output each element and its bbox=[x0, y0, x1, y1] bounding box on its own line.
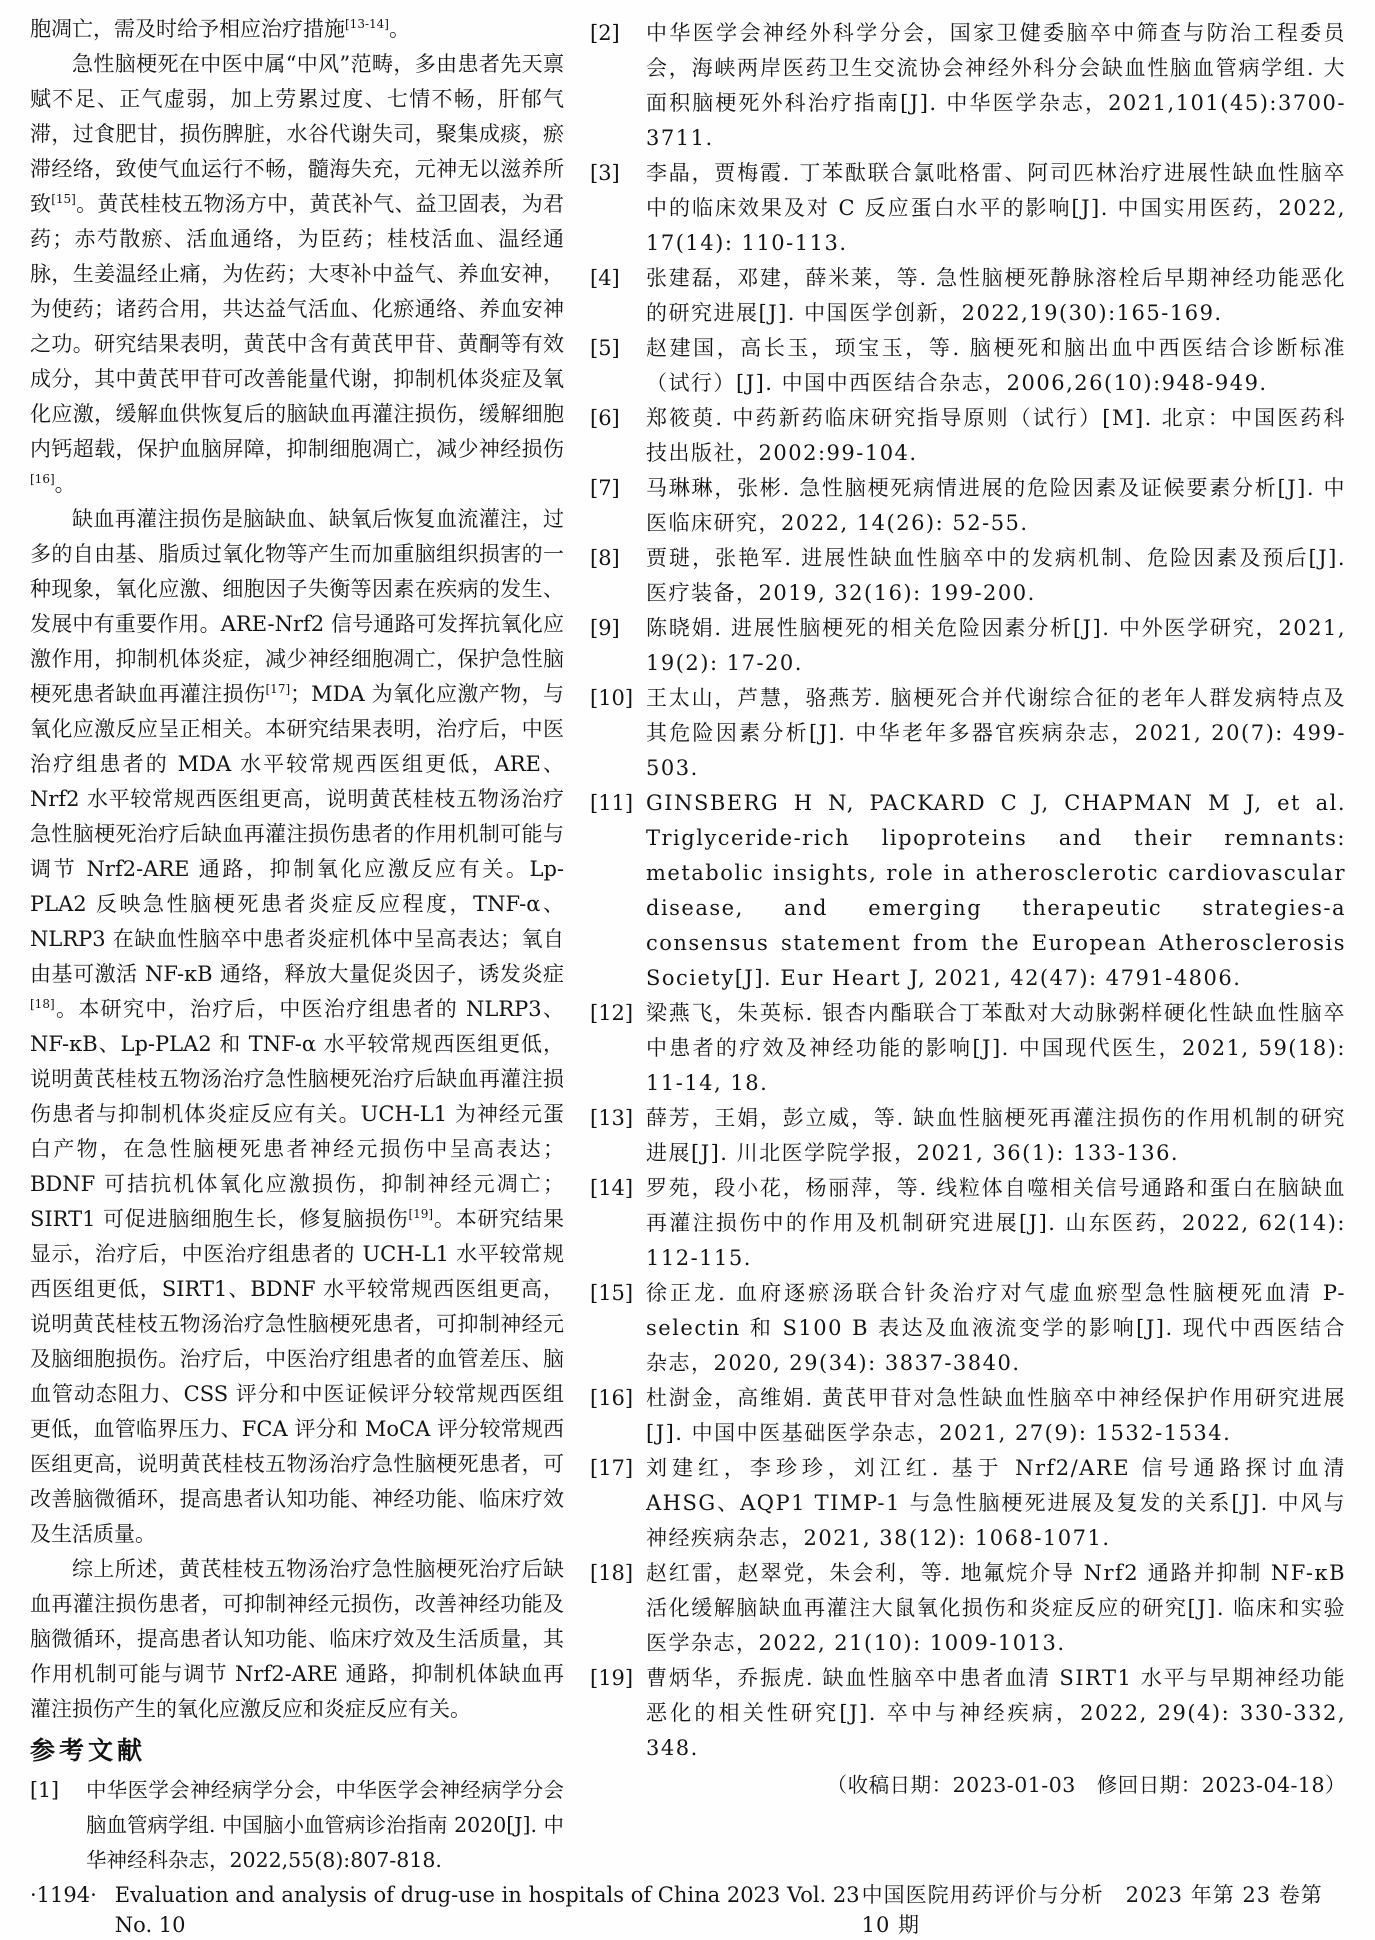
reference-number: [10] bbox=[590, 681, 646, 786]
reference-text: 陈晓娟. 进展性脑梗死的相关危险因素分析[J]. 中外医学研究，2021, 19… bbox=[646, 611, 1346, 681]
citation-superscript: [13-14] bbox=[345, 17, 389, 31]
references-heading: 参考文献 bbox=[30, 1731, 564, 1771]
reference-item: [19]曹炳华，乔振虎. 缺血性脑卒中患者血清 SIRT1 水平与早期神经功能恶… bbox=[590, 1661, 1346, 1766]
reference-text: GINSBERG H N, PACKARD C J, CHAPMAN M J, … bbox=[646, 786, 1346, 996]
reference-text: 贾琎，张艳军. 进展性缺血性脑卒中的发病机制、危险因素及预后[J]. 医疗装备，… bbox=[646, 541, 1346, 611]
reference-number: [7] bbox=[590, 471, 646, 541]
paragraph-text: ；MDA 为氧化应激产物，与氧化应激反应呈正相关。本研究结果表明，治疗后，中医治… bbox=[30, 682, 564, 986]
reference-item: [18]赵红雷，赵翠党，朱会利，等. 地氟烷介导 Nrf2 通路并抑制 NF-κ… bbox=[590, 1556, 1346, 1661]
page-footer: ·1194· Evaluation and analysis of drug-u… bbox=[30, 1880, 1345, 1940]
citation-superscript: [17] bbox=[266, 682, 291, 696]
reference-item: [6]郑筱萸. 中药新药临床研究指导原则（试行）[M]. 北京：中国医药科技出版… bbox=[590, 401, 1346, 471]
reference-item: [10]王太山，芦慧，骆燕芳. 脑梗死合并代谢综合征的老年人群发病特点及其危险因… bbox=[590, 681, 1346, 786]
reference-text: 薛芳，王娟，彭立威，等. 缺血性脑梗死再灌注损伤的作用机制的研究进展[J]. 川… bbox=[646, 1101, 1346, 1171]
reference-text: 曹炳华，乔振虎. 缺血性脑卒中患者血清 SIRT1 水平与早期神经功能恶化的相关… bbox=[646, 1661, 1346, 1766]
reference-number: [14] bbox=[590, 1171, 646, 1276]
reference-item: [16]杜澍金，高维娟. 黄芪甲苷对急性缺血性脑卒中神经保护作用研究进展[J].… bbox=[590, 1381, 1346, 1451]
paragraph-text: 。 bbox=[55, 472, 76, 496]
references-list-right: [2]中华医学会神经外科学分会，国家卫健委脑卒中筛查与防治工程委员会，海峡两岸医… bbox=[590, 16, 1346, 1766]
paragraph-text: 。 bbox=[389, 17, 410, 41]
paragraph-text: 缺血再灌注损伤是脑缺血、缺氧后恢复血流灌注，过多的自由基、脂质过氧化物等产生而加… bbox=[30, 507, 564, 706]
reference-text: 杜澍金，高维娟. 黄芪甲苷对急性缺血性脑卒中神经保护作用研究进展[J]. 中国中… bbox=[646, 1381, 1346, 1451]
reference-number: [9] bbox=[590, 611, 646, 681]
reference-number: [17] bbox=[590, 1451, 646, 1556]
reference-text: 赵建国，高长玉，顼宝玉，等. 脑梗死和脑出血中西医结合诊断标准（试行）[J]. … bbox=[646, 331, 1346, 401]
reference-number: [13] bbox=[590, 1101, 646, 1171]
paragraph: 缺血再灌注损伤是脑缺血、缺氧后恢复血流灌注，过多的自由基、脂质过氧化物等产生而加… bbox=[30, 502, 564, 1552]
reference-item: [12]梁燕飞，朱英标. 银杏内酯联合丁苯酞对大动脉粥样硬化性缺血性脑卒中患者的… bbox=[590, 996, 1346, 1101]
footer-left: ·1194· Evaluation and analysis of drug-u… bbox=[30, 1880, 862, 1940]
reference-number: [2] bbox=[590, 16, 646, 156]
reference-item: [15]徐正龙. 血府逐瘀汤联合针灸治疗对气虚血瘀型急性脑梗死血清 P-sele… bbox=[590, 1276, 1346, 1381]
reference-item: [9]陈晓娟. 进展性脑梗死的相关危险因素分析[J]. 中外医学研究，2021,… bbox=[590, 611, 1346, 681]
reference-text: 刘建红，李珍珍，刘江红. 基于 Nrf2/ARE 信号通路探讨血清 AHSG、A… bbox=[646, 1451, 1346, 1556]
reference-item: [5]赵建国，高长玉，顼宝玉，等. 脑梗死和脑出血中西医结合诊断标准（试行）[J… bbox=[590, 331, 1346, 401]
paragraph-text: 。黄芪桂枝五物汤方中，黄芪补气、益卫固表，为君药；赤芍散瘀、活血通络，为臣药；桂… bbox=[30, 192, 564, 461]
reference-number: [15] bbox=[590, 1276, 646, 1381]
right-column: [2]中华医学会神经外科学分会，国家卫健委脑卒中筛查与防治工程委员会，海峡两岸医… bbox=[590, 16, 1346, 1803]
reference-number: [3] bbox=[590, 156, 646, 261]
reference-text: 郑筱萸. 中药新药临床研究指导原则（试行）[M]. 北京：中国医药科技出版社，2… bbox=[646, 401, 1346, 471]
reference-number: [19] bbox=[590, 1661, 646, 1766]
journal-page: 胞凋亡，需及时给予相应治疗措施[13-14]。急性脑梗死在中医中属“中风”范畴，… bbox=[0, 0, 1375, 1940]
reference-text: 徐正龙. 血府逐瘀汤联合针灸治疗对气虚血瘀型急性脑梗死血清 P-selectin… bbox=[646, 1276, 1346, 1381]
references-list-left: [1]中华医学会神经病学分会，中华医学会神经病学分会脑血管病学组. 中国脑小血管… bbox=[30, 1773, 564, 1878]
reference-number: [12] bbox=[590, 996, 646, 1101]
page-number: ·1194· bbox=[30, 1880, 97, 1910]
reference-item: [4]张建磊，邓建，薛米莱，等. 急性脑梗死静脉溶栓后早期神经功能恶化的研究进展… bbox=[590, 261, 1346, 331]
citation-superscript: [18] bbox=[30, 997, 55, 1011]
footer-journal-title-en: Evaluation and analysis of drug-use in h… bbox=[115, 1880, 862, 1940]
paragraph: 胞凋亡，需及时给予相应治疗措施[13-14]。 bbox=[30, 12, 564, 47]
reference-number: [1] bbox=[30, 1773, 86, 1878]
paragraph: 综上所述，黄芪桂枝五物汤治疗急性脑梗死治疗后缺血再灌注损伤患者，可抑制神经元损伤… bbox=[30, 1552, 564, 1727]
paragraph-text: 。本研究中，治疗后，中医治疗组患者的 NLRP3、NF-κB、Lp-PLA2 和… bbox=[30, 997, 564, 1231]
reference-number: [8] bbox=[590, 541, 646, 611]
reference-number: [16] bbox=[590, 1381, 646, 1451]
reference-number: [11] bbox=[590, 786, 646, 996]
reference-item: [7]马琳琳，张彬. 急性脑梗死病情进展的危险因素及证候要素分析[J]. 中医临… bbox=[590, 471, 1346, 541]
reference-text: 梁燕飞，朱英标. 银杏内酯联合丁苯酞对大动脉粥样硬化性缺血性脑卒中患者的疗效及神… bbox=[646, 996, 1346, 1101]
reference-number: [18] bbox=[590, 1556, 646, 1661]
reference-number: [6] bbox=[590, 401, 646, 471]
paragraph-text: 胞凋亡，需及时给予相应治疗措施 bbox=[30, 17, 345, 41]
reference-item: [11]GINSBERG H N, PACKARD C J, CHAPMAN M… bbox=[590, 786, 1346, 996]
received-revised-dates: （收稿日期：2023-01-03 修回日期：2023-04-18） bbox=[590, 1768, 1346, 1803]
reference-text: 罗苑，段小花，杨丽萍，等. 线粒体自噬相关信号通路和蛋白在脑缺血再灌注损伤中的作… bbox=[646, 1171, 1346, 1276]
reference-item: [1]中华医学会神经病学分会，中华医学会神经病学分会脑血管病学组. 中国脑小血管… bbox=[30, 1773, 564, 1878]
reference-text: 中华医学会神经病学分会，中华医学会神经病学分会脑血管病学组. 中国脑小血管病诊治… bbox=[86, 1773, 564, 1878]
reference-number: [5] bbox=[590, 331, 646, 401]
reference-number: [4] bbox=[590, 261, 646, 331]
reference-text: 赵红雷，赵翠党，朱会利，等. 地氟烷介导 Nrf2 通路并抑制 NF-κB 活化… bbox=[646, 1556, 1346, 1661]
reference-item: [2]中华医学会神经外科学分会，国家卫健委脑卒中筛查与防治工程委员会，海峡两岸医… bbox=[590, 16, 1346, 156]
reference-item: [3]李晶，贾梅霞. 丁苯酞联合氯吡格雷、阿司匹林治疗进展性缺血性脑卒中的临床效… bbox=[590, 156, 1346, 261]
reference-text: 王太山，芦慧，骆燕芳. 脑梗死合并代谢综合征的老年人群发病特点及其危险因素分析[… bbox=[646, 681, 1346, 786]
reference-item: [17]刘建红，李珍珍，刘江红. 基于 Nrf2/ARE 信号通路探讨血清 AH… bbox=[590, 1451, 1346, 1556]
reference-text: 马琳琳，张彬. 急性脑梗死病情进展的危险因素及证候要素分析[J]. 中医临床研究… bbox=[646, 471, 1346, 541]
paragraph: 急性脑梗死在中医中属“中风”范畴，多由患者先天禀赋不足、正气虚弱，加上劳累过度、… bbox=[30, 47, 564, 502]
citation-superscript: [19] bbox=[408, 1207, 433, 1221]
reference-item: [8]贾琎，张艳军. 进展性缺血性脑卒中的发病机制、危险因素及预后[J]. 医疗… bbox=[590, 541, 1346, 611]
citation-superscript: [16] bbox=[30, 472, 55, 486]
left-column: 胞凋亡，需及时给予相应治疗措施[13-14]。急性脑梗死在中医中属“中风”范畴，… bbox=[30, 12, 564, 1878]
footer-journal-title-cn: 中国医院用药评价与分析 2023 年第 23 卷第 10 期 bbox=[862, 1880, 1345, 1940]
body-paragraphs: 胞凋亡，需及时给予相应治疗措施[13-14]。急性脑梗死在中医中属“中风”范畴，… bbox=[30, 12, 564, 1727]
reference-text: 中华医学会神经外科学分会，国家卫健委脑卒中筛查与防治工程委员会，海峡两岸医药卫生… bbox=[646, 16, 1346, 156]
reference-text: 李晶，贾梅霞. 丁苯酞联合氯吡格雷、阿司匹林治疗进展性缺血性脑卒中的临床效果及对… bbox=[646, 156, 1346, 261]
reference-text: 张建磊，邓建，薛米莱，等. 急性脑梗死静脉溶栓后早期神经功能恶化的研究进展[J]… bbox=[646, 261, 1346, 331]
paragraph-text: 。本研究结果显示，治疗后，中医治疗组患者的 UCH-L1 水平较常规西医组更低，… bbox=[30, 1207, 564, 1546]
reference-item: [14]罗苑，段小花，杨丽萍，等. 线粒体自噬相关信号通路和蛋白在脑缺血再灌注损… bbox=[590, 1171, 1346, 1276]
paragraph-text: 综上所述，黄芪桂枝五物汤治疗急性脑梗死治疗后缺血再灌注损伤患者，可抑制神经元损伤… bbox=[30, 1557, 564, 1721]
citation-superscript: [15] bbox=[51, 192, 76, 206]
reference-item: [13]薛芳，王娟，彭立威，等. 缺血性脑梗死再灌注损伤的作用机制的研究进展[J… bbox=[590, 1101, 1346, 1171]
